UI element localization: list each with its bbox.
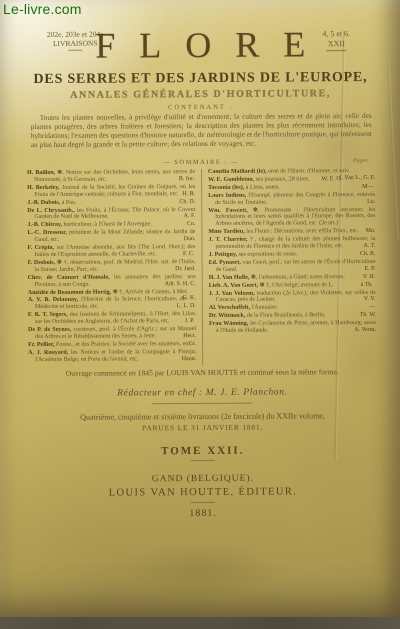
sommaire-entry: Lieb. A. Van Geert, ✽ †, l'Art belge; av… — [209, 282, 376, 290]
sommaire-entry: F. Crépin, sur l'Armoise absinthe, aux I… — [27, 244, 195, 259]
cover-subtitle: DES SERRES ET DES JARDINS DE L'EUROPE, — [0, 70, 400, 88]
sommaire-entry: H. J. Van Hulle, ✽, l'arboretum, à Gand;… — [209, 274, 376, 282]
sommaire-entry: H. Baillon, ✽. Notice sur des Orchidées,… — [27, 169, 195, 184]
sommaire-entry: F. R. T. Segers, des Instituts de Schimm… — [28, 311, 196, 326]
sommaire-entry: Wm. Fawcett, ✽, Promenade : l'Horticultu… — [208, 206, 375, 228]
sommaire-entry: Fr. Pellier, Forest., et des Prairies; l… — [28, 341, 196, 349]
sommaire-entry: De L. Chrysanth., les Fruits, à l'Écosse… — [27, 207, 195, 222]
sommaire-entry: Laurs Indiens, l'Exempl. pleureur des Co… — [208, 192, 375, 207]
sommaire-entry: Frau Wänning, les Cyclamens de Perse, ar… — [209, 320, 376, 335]
sommaire-entry: Al. Verschaffelt, l'Annuaire. — — [209, 304, 376, 312]
cover-paper: 202e, 203e et 204e LIVRAISONS 4, 5 et 6.… — [0, 0, 400, 617]
publication-date-line: PARUES LE 31 JANVIER 1881. — [3, 422, 400, 433]
sommaire-entry: J.-B. Dubois, à Pau. Ch. D. — [27, 199, 195, 207]
cover-title: FLORE — [0, 23, 400, 67]
installments-line: Quatrième, cinquième et sixième livraiso… — [3, 411, 400, 422]
tome-label: TOME XXII. — [3, 444, 400, 458]
sommaire-col-left: H. Baillon, ✽. Notice sur des Orchidées,… — [27, 169, 202, 366]
sommaire-entry: J.-B. Chitray, horticulteur, à l'Ouest d… — [27, 221, 195, 229]
sommaire-entry: A. V. B. Delaunay, l'Histoire de la Scie… — [28, 296, 196, 311]
sommaire-entry: Ed. Pynaert, van Geert, prof.; sur les s… — [209, 259, 376, 274]
sommaire-entry: F. Desbois, ✽ †, observations, prof. de … — [28, 259, 196, 274]
sommaire-entry: De P. de Seynes, curateurs, prof. à l'Éc… — [28, 326, 196, 341]
sommaire-entry: J. T. Charrier, †, chargé de la culture … — [208, 236, 375, 251]
publisher-name: LOUIS VAN HOUTTE, ÉDITEUR. — [3, 486, 400, 499]
sommaire-col-right: Camélia Maillardi (le), orné de l'Illust… — [201, 168, 376, 365]
ornament-rule — [152, 403, 252, 405]
editor-in-chief-line: Rédacteur en chef : M. J. E. Planchon. — [2, 387, 400, 399]
sommaire-entry: Tacsonia (les), à Lima, notes. M— — [208, 184, 375, 192]
paper-stain — [120, 540, 280, 600]
sommaire-entry: H. Berkeley, Journal de la Société; les … — [27, 184, 195, 199]
sommaire-entry: Dr. Wittmack, de la Flora Brasiliensis, … — [209, 312, 376, 320]
sommaire-entry: A. J. Rouyard, les Notices et l'ordre de… — [28, 349, 196, 364]
ornament-rule — [191, 502, 215, 503]
scanned-book-cover: 202e, 203e et 204e LIVRAISONS 4, 5 et 6.… — [0, 0, 400, 629]
sommaire-entry: Amédée de Beaumont de Hortig, ✽ †, Arriv… — [28, 289, 196, 297]
site-watermark: Le-livre.com — [3, 1, 82, 17]
publisher-city: GAND (BELGIQUE). — [3, 473, 400, 485]
sommaire-columns: H. Baillon, ✽. Notice sur des Orchidées,… — [27, 168, 376, 366]
sommaire-entry: J. Petitgny, ses expositions de roses. C… — [209, 251, 376, 259]
sommaire-entry: J. J. Van Volxem, traduction (2e Livr.);… — [209, 289, 376, 304]
sommaire-entry: L.-C. Dresseur, président de la Mont Zél… — [27, 229, 195, 244]
ornament-rule — [191, 460, 215, 461]
sommaire-entry: Chev. de Cannart d'Hamale, les annuaires… — [28, 274, 196, 289]
sommaire-entry: Mme Tardieu, les Fleurs : Décorations, a… — [208, 228, 375, 236]
description-paragraph: Toutes les plantes nouvelles, à privilèg… — [31, 111, 372, 149]
publication-year: 1881. — [3, 507, 400, 520]
sommaire-entry: Camélia Maillardi (le), orné de l'Illust… — [208, 168, 375, 176]
